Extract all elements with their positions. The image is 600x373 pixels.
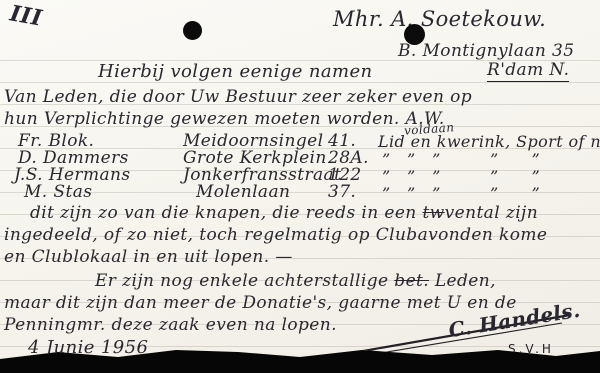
body-p1-line3: en Clublokaal in en uit lopen. — [4, 249, 293, 266]
body-p1-line1: dit zijn zo van die knapen, die reeds in… [30, 205, 538, 222]
punch-hole-left [183, 21, 202, 40]
member-street: Molenlaan [196, 184, 290, 201]
member-status: Lid en kwerink, Sport of niets [378, 134, 600, 150]
member-status-ditto: ” ” ” ” ” [382, 152, 540, 168]
body-p2-line1-b: Leden, [429, 271, 496, 291]
scanned-handwritten-letter: III Mhr. A. Soetekouw. B. Montignylaan 3… [0, 0, 600, 373]
crossed-out-word: bet. [394, 271, 429, 291]
body-p2-line3: Penningmr. deze zaak even na lopen. [4, 317, 337, 334]
body-p1-line1-b: vental zijn [445, 203, 538, 223]
index-card: III Mhr. A. Soetekouw. B. Montignylaan 3… [0, 0, 600, 373]
intro-line-2: hun Verplichtinge gewezen moeten worden.… [4, 111, 445, 128]
member-number: 37. [328, 184, 356, 201]
body-p2-line1-a: Er zijn nog enkele achterstallige [95, 271, 394, 291]
corner-mark: III [8, 2, 43, 29]
body-p2-line2: maar dit zijn dan meer de Donatie's, gaa… [4, 295, 517, 312]
recipient-city: R'dam N. [487, 62, 569, 82]
member-status-ditto: ” ” ” ” ” [382, 169, 540, 185]
body-p1-line2: ingedeeld, of zo niet, toch regelmatig o… [4, 227, 547, 244]
punch-hole-right [404, 24, 425, 45]
member-name: M. Stas [24, 184, 92, 201]
body-p1-line1-a: dit zijn zo van die knapen, die reeds in… [30, 203, 422, 223]
recipient-address: B. Montignylaan 35 [398, 43, 575, 60]
date-line: 4 Junie 1956 [28, 339, 148, 357]
crossed-out-word: tw [422, 203, 444, 223]
signature-monogram: S.V.H [508, 343, 554, 355]
intro-line-1: Van Leden, die door Uw Bestuur zeer zeke… [4, 89, 472, 106]
recipient-name: Mhr. A. Soetekouw. [333, 9, 546, 30]
member-status-ditto: ” ” ” ” ” [382, 186, 540, 202]
opening-line: Hierbij volgen eenige namen [98, 63, 373, 81]
body-p2-line1: Er zijn nog enkele achterstallige bet. L… [95, 273, 496, 290]
